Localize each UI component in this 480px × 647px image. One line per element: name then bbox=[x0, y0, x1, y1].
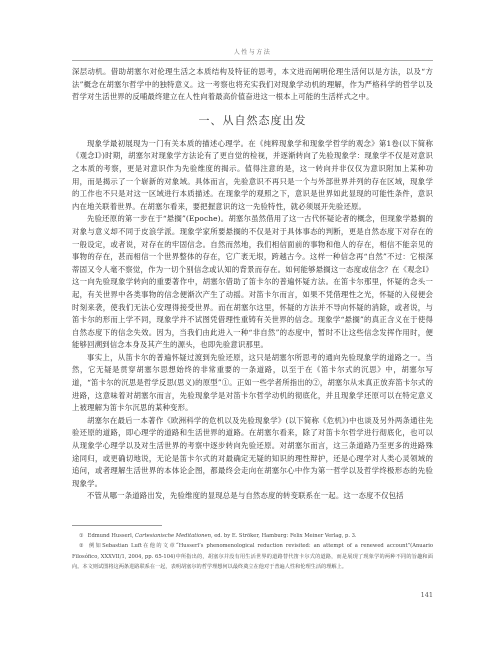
section-title: 一、从自然态度出发 bbox=[72, 114, 433, 128]
running-head: 人性与方法 bbox=[72, 49, 433, 57]
header-rule bbox=[72, 60, 433, 61]
paragraph-intro-continued: 深层动机。借助胡塞尔对伦理生活之本质结构及特征的思考，本文进而阐明伦理生活何以是… bbox=[72, 66, 433, 104]
footnote-1: ①Edmund Husserl, Cartesianische Meditati… bbox=[72, 531, 433, 541]
footnote-text: 例如Sebastian Luft在他的文章“Husserl’s phenomen… bbox=[72, 543, 433, 570]
footnote-2: ②例如Sebastian Luft在他的文章“Husserl’s phenome… bbox=[72, 541, 433, 572]
body-text: 深层动机。借助胡塞尔对伦理生活之本质结构及特征的思考，本文进而阐明伦理生活何以是… bbox=[72, 66, 433, 503]
footnotes: ①Edmund Husserl, Cartesianische Meditati… bbox=[72, 531, 433, 572]
footnote-marker: ② bbox=[79, 543, 85, 549]
footnote-author: Edmund Husserl, bbox=[88, 533, 135, 539]
footnote-citation: , ed. by E. Ströker, Hamburg: Felix Mein… bbox=[211, 533, 357, 539]
paragraph: 现象学最初展现为一门有关本质的描述心理学。在《纯粹现象学和现象学哲学的观念》第1… bbox=[72, 138, 433, 214]
paragraph: 不管从哪一条道路出发，先验维度的显现总是与自然态度的转变联系在一起。这一态度不仅… bbox=[72, 490, 433, 503]
paragraph: 事实上，从笛卡尔的普遍怀疑过渡到先验还原，这只是胡塞尔所思考的通向先验现象学的道… bbox=[72, 352, 433, 415]
footnote-separator bbox=[72, 525, 162, 526]
paragraph: 胡塞尔在最后一本著作《欧洲科学的危机以及先验现象学》(以下简称《危机》)中也谈及… bbox=[72, 415, 433, 491]
page-number: 141 bbox=[421, 591, 433, 599]
paragraph: 先验还原的第一步在于“悬搁”(Epoche)。胡塞尔虽然借用了这一古代怀疑论者的… bbox=[72, 213, 433, 352]
footnote-marker: ① bbox=[79, 533, 84, 539]
footnote-book-title: Cartesianische Meditationen bbox=[135, 533, 211, 539]
